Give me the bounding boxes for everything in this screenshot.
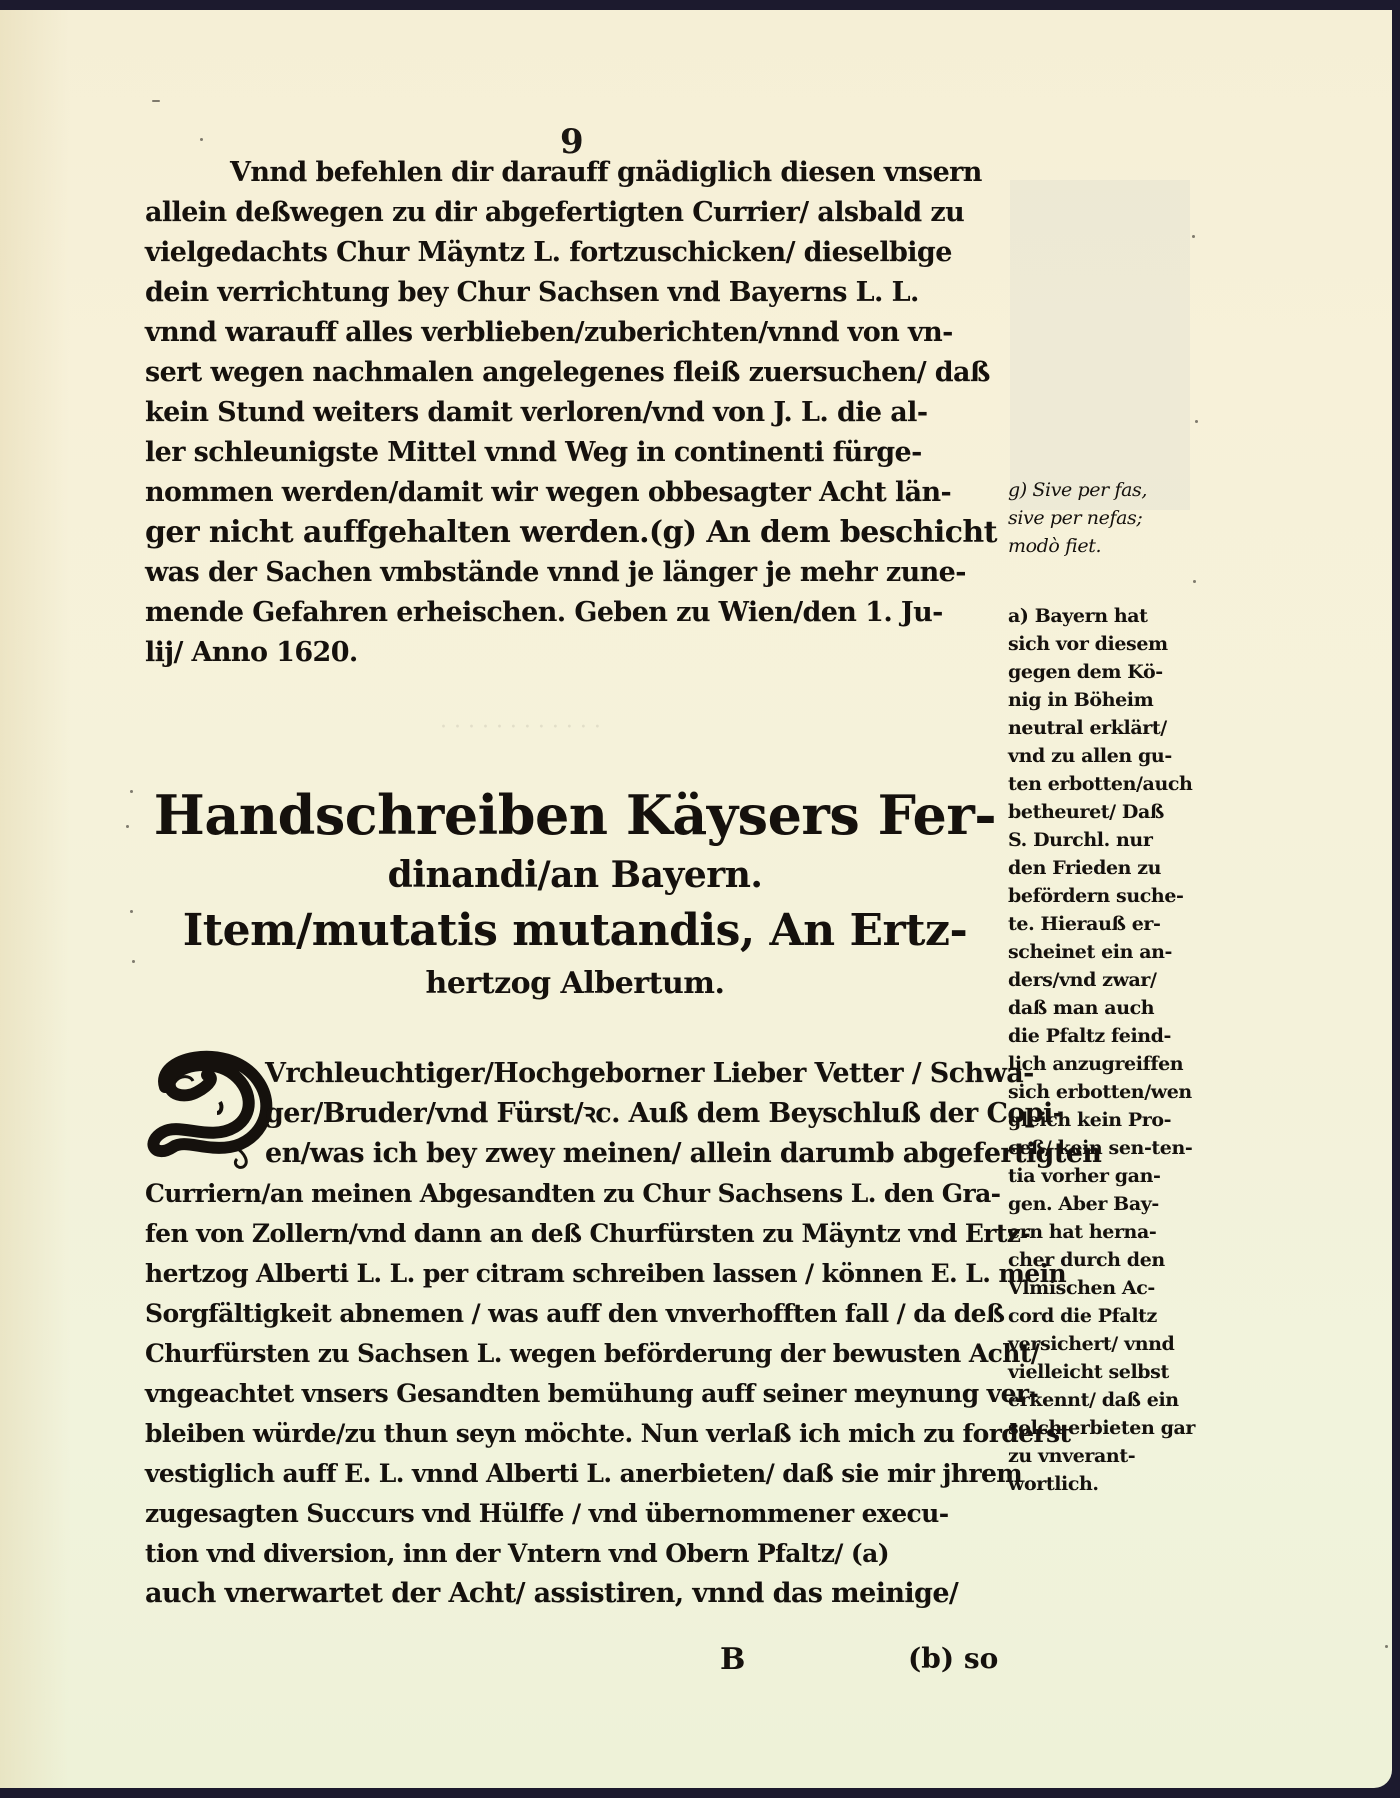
book-page: · · · · · · · · · · · · 9 Vnnd befehlen … xyxy=(0,10,1392,1788)
heading-line-4: hertzog Albertum. xyxy=(145,962,1005,1006)
text-line: Vrchleuchtiger/Hochgeborner Lieber Vette… xyxy=(265,1054,1005,1094)
heading-line-1: Handschreiben Käysers Fer- xyxy=(145,780,1005,850)
note-line: a) Bayern hat xyxy=(1008,602,1208,630)
ink-speck xyxy=(152,100,160,102)
text-line: allein deßwegen zu dir abgefertigten Cur… xyxy=(145,193,1005,233)
drop-cap-ornament-icon xyxy=(135,1047,275,1169)
text-line: nommen werden/damit wir wegen obbesagter… xyxy=(145,473,1005,513)
signature-mark: B xyxy=(720,1642,745,1677)
note-line: nig in Böheim xyxy=(1008,686,1208,714)
note-line: ern hat herna- xyxy=(1008,1218,1208,1246)
note-line: befördern suche- xyxy=(1008,882,1208,910)
text-line: bleiben würde/zu thun seyn möchte. Nun v… xyxy=(145,1414,1005,1454)
note-line: sich erbotten/wen xyxy=(1008,1078,1208,1106)
text-line: mende Gefahren erheischen. Geben zu Wien… xyxy=(145,593,1005,633)
text-line: dein verrichtung bey Chur Sachsen vnd Ba… xyxy=(145,273,1005,313)
note-line: Vlmischen Ac- xyxy=(1008,1274,1208,1302)
note-line: ceß/ kein sen-ten- xyxy=(1008,1134,1208,1162)
text-line: Vnnd befehlen dir darauff gnädiglich die… xyxy=(145,153,1005,193)
text-line: sert wegen nachmalen angelegenes fleiß z… xyxy=(145,353,1005,393)
note-line: vnd zu allen gu- xyxy=(1008,742,1208,770)
text-line: zugesagten Succurs vnd Hülffe / vnd über… xyxy=(145,1494,1005,1534)
note-line: modò fiet. xyxy=(1008,532,1208,560)
letter-opening: Vrchleuchtiger/Hochgeborner Lieber Vette… xyxy=(265,1054,1005,1174)
note-line: cord die Pfaltz xyxy=(1008,1302,1208,1330)
ink-speck xyxy=(1195,420,1198,423)
note-line: tia vorher gan- xyxy=(1008,1162,1208,1190)
text-line: lij/ Anno 1620. xyxy=(145,633,1005,673)
note-line: g) Sive per fas, xyxy=(1008,476,1208,504)
text-line: was der Sachen vmbstände vnnd je länger … xyxy=(145,553,1005,593)
ink-speck xyxy=(1385,1645,1388,1648)
section-heading: Handschreiben Käysers Fer- dinandi/an Ba… xyxy=(145,780,1005,1006)
text-line: vielgedachts Chur Mäyntz L. fortzuschick… xyxy=(145,233,1005,273)
note-line: neutral erklärt/ xyxy=(1008,714,1208,742)
letter-body: Curriern/an meinen Abgesandten zu Chur S… xyxy=(145,1174,1005,1614)
text-line: Sorgfältigkeit abnemen / was auff den vn… xyxy=(145,1294,1005,1334)
text-line: ger nicht auffgehalten werden.(g) An dem… xyxy=(145,513,1005,553)
text-line: hertzog Alberti L. L. per citram schreib… xyxy=(145,1254,1005,1294)
text-line: fen von Zollern/vnd dann an deß Churfürs… xyxy=(145,1214,1005,1254)
note-line: versichert/ vnnd xyxy=(1008,1330,1208,1358)
note-line: solch erbieten gar xyxy=(1008,1414,1208,1442)
show-through-text: · · · · · · · · · · · · xyxy=(440,710,601,745)
note-line: zu vnverant- xyxy=(1008,1442,1208,1470)
ink-speck xyxy=(132,960,135,963)
catchword: (b) so xyxy=(908,1642,998,1675)
note-line: S. Durchl. nur xyxy=(1008,826,1208,854)
text-line: tion vnd diversion, inn der Vntern vnd O… xyxy=(145,1534,1005,1574)
ink-speck xyxy=(1193,580,1196,583)
text-line: vnnd warauff alles verblieben/zuberichte… xyxy=(145,313,1005,353)
note-line: betheuret/ Daß xyxy=(1008,798,1208,826)
text-line: ler schleunigste Mittel vnnd Weg in cont… xyxy=(145,433,1005,473)
show-through-column xyxy=(1010,180,1190,510)
note-line: die Pfaltz feind- xyxy=(1008,1022,1208,1050)
margin-note-g: g) Sive per fas, sive per nefas; modò fi… xyxy=(1008,476,1208,560)
heading-line-2: dinandi/an Bayern. xyxy=(145,850,1005,900)
text-line: ger/Bruder/vnd Fürst/ꝛc. Auß dem Beyschl… xyxy=(265,1094,1005,1134)
note-line: daß man auch xyxy=(1008,994,1208,1022)
note-line: gen. Aber Bay- xyxy=(1008,1190,1208,1218)
ink-speck xyxy=(130,910,133,913)
heading-line-3: Item/mutatis mutandis, An Ertz- xyxy=(145,900,1005,962)
ink-speck xyxy=(1192,235,1195,238)
text-line: en/was ich bey zwey meinen/ allein darum… xyxy=(265,1134,1005,1174)
text-line: vngeachtet vnsers Gesandten bemühung auf… xyxy=(145,1374,1005,1414)
ink-speck xyxy=(130,790,133,793)
note-line: sive per nefas; xyxy=(1008,504,1208,532)
note-line: erkennt/ daß ein xyxy=(1008,1386,1208,1414)
note-line: wortlich. xyxy=(1008,1470,1208,1498)
margin-note-a: a) Bayern hat sich vor diesem gegen dem … xyxy=(1008,602,1208,1498)
ink-speck xyxy=(200,138,203,141)
note-line: lich anzugreiffen xyxy=(1008,1050,1208,1078)
note-line: ten erbotten/auch xyxy=(1008,770,1208,798)
text-line: Curriern/an meinen Abgesandten zu Chur S… xyxy=(145,1174,1005,1214)
ink-speck xyxy=(126,825,129,828)
note-line: ders/vnd zwar/ xyxy=(1008,966,1208,994)
note-line: scheinet ein an- xyxy=(1008,938,1208,966)
drop-cap-initial xyxy=(135,1047,275,1169)
note-line: te. Hierauß er- xyxy=(1008,910,1208,938)
text-line: vestiglich auff E. L. vnnd Alberti L. an… xyxy=(145,1454,1005,1494)
note-line: gegen dem Kö- xyxy=(1008,658,1208,686)
note-line: cher durch den xyxy=(1008,1246,1208,1274)
text-line: Churfürsten zu Sachsen L. wegen beförder… xyxy=(145,1334,1005,1374)
text-line: kein Stund weiters damit verloren/vnd vo… xyxy=(145,393,1005,433)
note-line: vielleicht selbst xyxy=(1008,1358,1208,1386)
note-line: gleich kein Pro- xyxy=(1008,1106,1208,1134)
note-line: sich vor diesem xyxy=(1008,630,1208,658)
note-line: den Frieden zu xyxy=(1008,854,1208,882)
text-line: auch vnerwartet der Acht/ assistiren, vn… xyxy=(145,1574,1005,1614)
body-text-top: Vnnd befehlen dir darauff gnädiglich die… xyxy=(145,153,1005,673)
